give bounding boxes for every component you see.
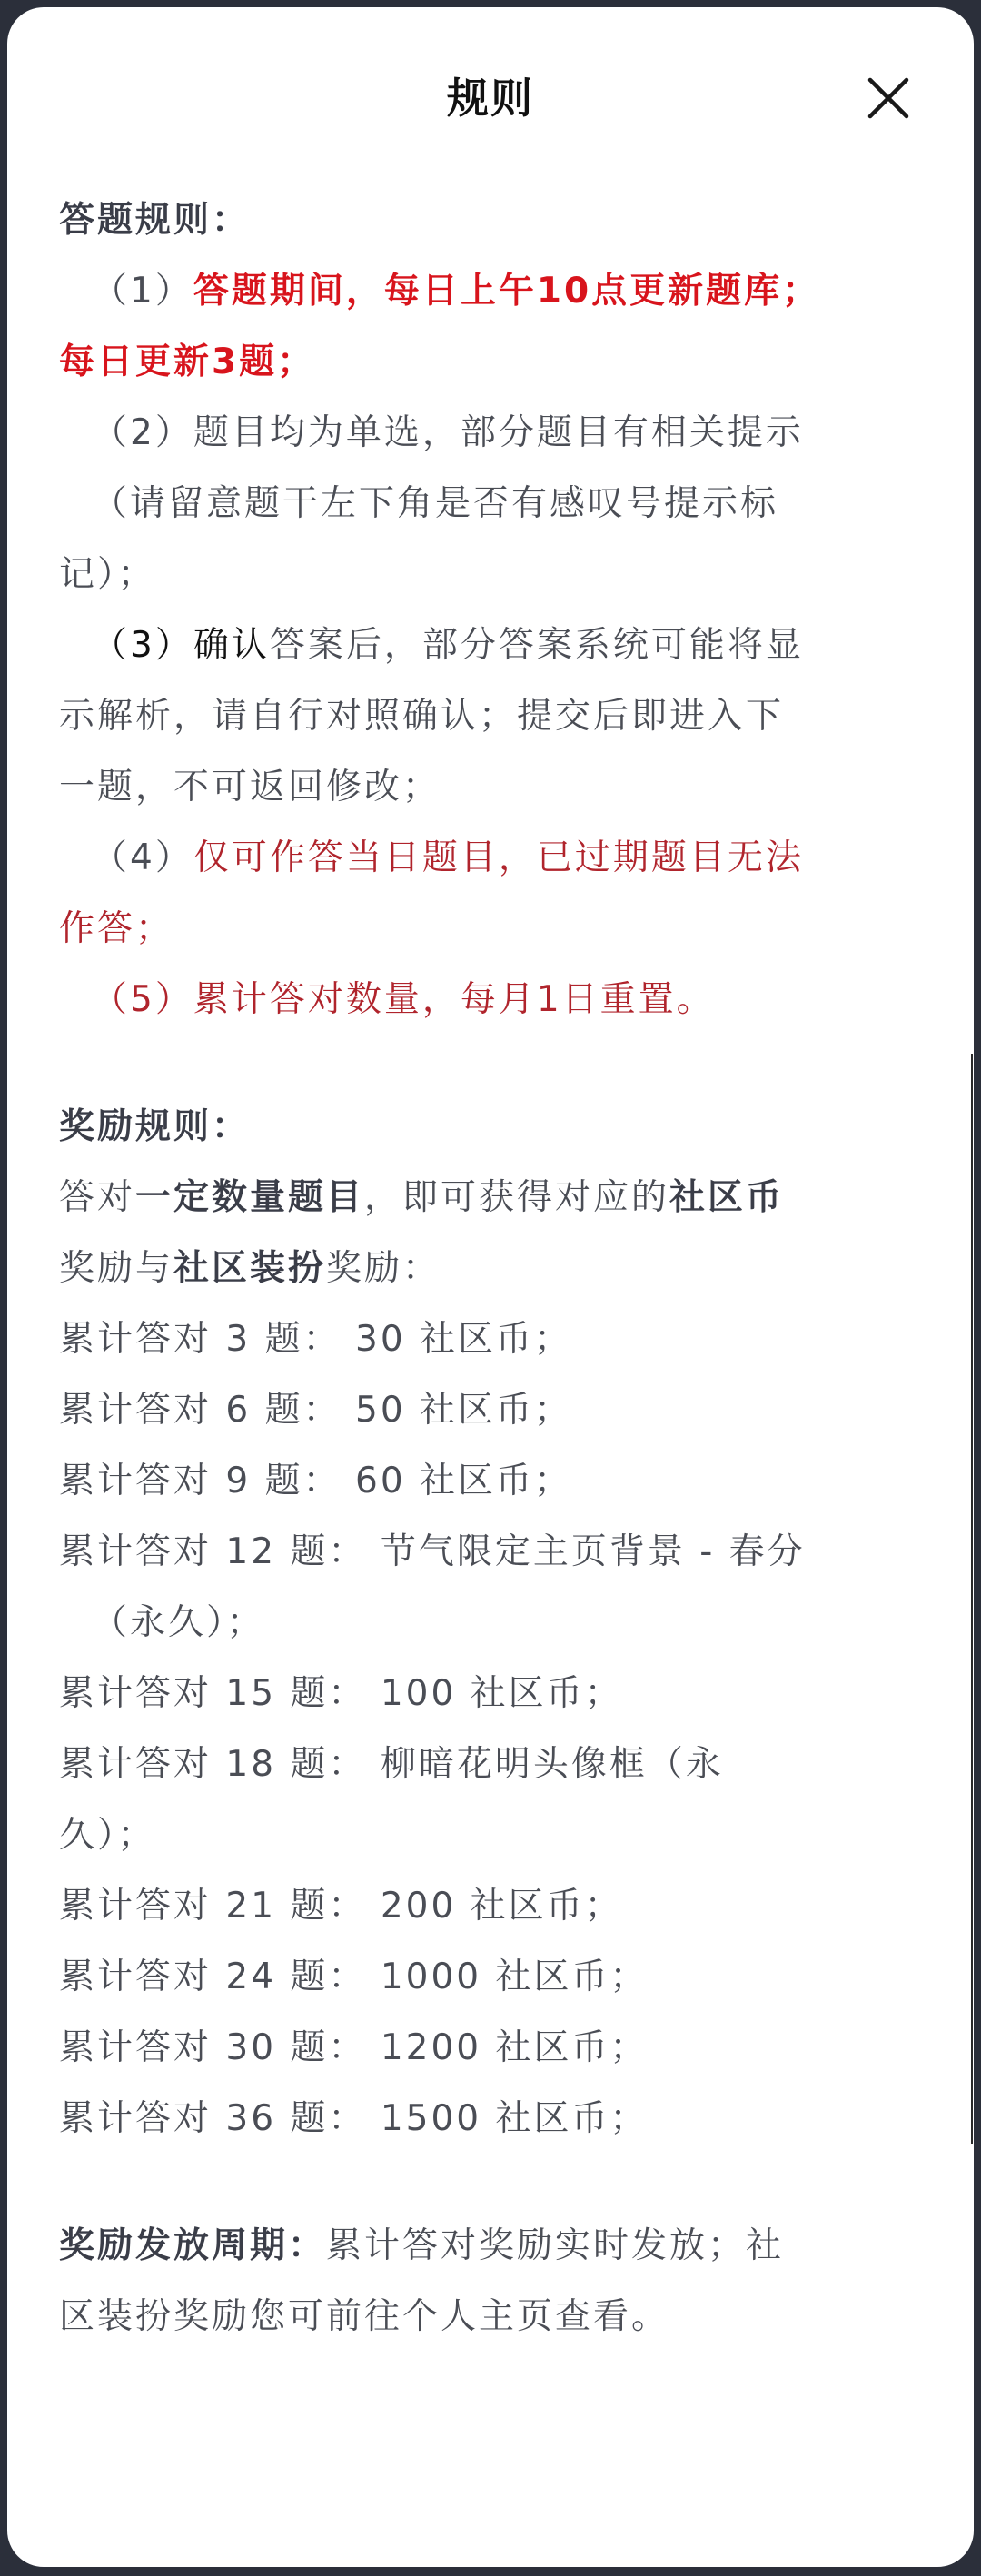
rule-line: （1）答题期间，每日上午10点更新题库； [59, 256, 931, 327]
rule-text: 示解析，请自行对照确认；提交后即进入下 [59, 696, 784, 737]
rule-line: 奖励与社区装扮奖励： [59, 1234, 931, 1304]
rule-line: 累计答对 21 题： 200 社区币； [59, 1871, 931, 1942]
rule-line: 答对一定数量题目，即可获得对应的社区币 [59, 1163, 931, 1234]
emphasized-text: 一定数量题目 [135, 1177, 364, 1218]
rule-line: 累计答对 3 题： 30 社区币； [59, 1304, 931, 1375]
rule-text: 累计答对 36 题： 1500 社区币； [59, 2098, 648, 2139]
rule-line: （3）确认答案后，部分答案系统可能将显 [59, 610, 931, 681]
rule-text: 久）； [59, 1815, 156, 1856]
rule-line: 区装扮奖励您可前往个人主页查看。 [59, 2282, 931, 2353]
close-icon [865, 74, 912, 125]
rule-line: 累计答对 30 题： 1200 社区币； [59, 2013, 931, 2084]
rule-text: （4） [92, 837, 193, 878]
rule-line: 一题，不可返回修改； [59, 752, 931, 823]
highlighted-text: 答题期间，每日上午10点更新题库； [193, 271, 820, 312]
emphasized-text: 社区币 [669, 1177, 784, 1218]
rule-line: 每日更新3题； [59, 327, 931, 398]
rule-line: 累计答对 24 题： 1000 社区币； [59, 1942, 931, 2013]
highlighted-text: 作答； [59, 908, 173, 949]
reward-rules-body: 答对一定数量题目，即可获得对应的社区币奖励与社区装扮奖励：累计答对 3 题： 3… [59, 1163, 931, 2155]
reward-distribution-body: 奖励发放周期：累计答对奖励实时发放；社区装扮奖励您可前往个人主页查看。 [59, 2211, 931, 2353]
section-heading-reward-rules: 奖励规则： [59, 1092, 931, 1163]
rules-content: 答题规则： （1）答题期间，每日上午10点更新题库；每日更新3题；（2）题目均为… [59, 185, 931, 2353]
emphasized-text: 奖励发放周期： [59, 2225, 326, 2266]
rule-line: 久）； [59, 1800, 931, 1871]
rule-text: 累计答对 6 题： 50 社区币； [59, 1390, 572, 1431]
rule-text: 累计答对奖励实时发放；社 [326, 2225, 784, 2266]
rule-text: 累计答对 12 题： 节气限定主页背景 - 春分 [59, 1531, 806, 1572]
rule-line: （5）累计答对数量，每月1日重置。 [59, 965, 931, 1035]
rule-line: 奖励发放周期：累计答对奖励实时发放；社 [59, 2211, 931, 2282]
rule-text: 累计答对 15 题： 100 社区币； [59, 1673, 623, 1714]
rule-text: 累计答对 21 题： 200 社区币； [59, 1886, 623, 1927]
rule-line: 作答； [59, 894, 931, 965]
rule-line: 示解析，请自行对照确认；提交后即进入下 [59, 681, 931, 752]
rule-text: 奖励与 [59, 1248, 173, 1289]
rule-text: 累计答对 24 题： 1000 社区币； [59, 1957, 648, 1997]
close-button[interactable] [854, 65, 923, 134]
rule-text: 答对 [59, 1177, 135, 1218]
emphasized-text: （3）确认 [92, 625, 270, 666]
rule-text: ，即可获得对应的 [364, 1177, 669, 1218]
rule-line: 累计答对 9 题： 60 社区币； [59, 1446, 931, 1517]
highlighted-text: 仅可作答当日题目，已过期题目无法 [193, 837, 804, 878]
rules-dialog: 规则 答题规则： （1）答题期间，每日上午10点更新题库；每日更新3题；（2）题… [7, 7, 974, 2567]
rule-line: 累计答对 12 题： 节气限定主页背景 - 春分 [59, 1517, 931, 1588]
rule-text: 区装扮奖励您可前往个人主页查看。 [59, 2296, 669, 2337]
rule-line: 记）； [59, 540, 931, 610]
rule-line: （请留意题干左下角是否有感叹号提示标 [59, 469, 931, 540]
answer-rules-body: （1）答题期间，每日上午10点更新题库；每日更新3题；（2）题目均为单选，部分题… [59, 256, 931, 1035]
rule-text: 累计答对 18 题： 柳暗花明头像框（永 [59, 1744, 724, 1785]
rule-text: 累计答对 30 题： 1200 社区币； [59, 2027, 648, 2068]
rule-line: （4）仅可作答当日题目，已过期题目无法 [59, 823, 931, 894]
highlighted-text: 每日更新3题； [59, 342, 315, 382]
rule-line: 累计答对 15 题： 100 社区币； [59, 1659, 931, 1729]
emphasized-text: 社区装扮 [173, 1248, 326, 1289]
rule-text: 累计答对 3 题： 30 社区币； [59, 1319, 572, 1360]
rule-text: （1） [92, 271, 193, 312]
rule-line: （2）题目均为单选，部分题目有相关提示 [59, 398, 931, 469]
section-spacer [59, 1035, 931, 1092]
rule-text: 记）； [59, 554, 156, 595]
rule-text: （请留意题干左下角是否有感叹号提示标 [92, 483, 778, 524]
section-heading-answer-rules: 答题规则： [59, 185, 931, 256]
rule-line: 累计答对 36 题： 1500 社区币； [59, 2084, 931, 2155]
rule-text: （2）题目均为单选，部分题目有相关提示 [92, 412, 804, 453]
dialog-header: 规则 [7, 62, 974, 134]
rule-text: 答案后，部分答案系统可能将显 [270, 625, 804, 666]
section-spacer [59, 2155, 931, 2211]
rule-text: 累计答对 9 题： 60 社区币； [59, 1461, 572, 1501]
dialog-title: 规则 [7, 69, 974, 127]
rule-line: （永久）； [59, 1588, 931, 1659]
rule-text: （永久）； [92, 1602, 265, 1643]
scrollbar[interactable] [971, 1054, 973, 2144]
rule-line: 累计答对 6 题： 50 社区币； [59, 1375, 931, 1446]
rule-text: 奖励： [326, 1248, 441, 1289]
rule-line: 累计答对 18 题： 柳暗花明头像框（永 [59, 1729, 931, 1800]
rule-text: 一题，不可返回修改； [59, 767, 441, 807]
highlighted-text: （5）累计答对数量，每月1日重置。 [92, 979, 715, 1020]
